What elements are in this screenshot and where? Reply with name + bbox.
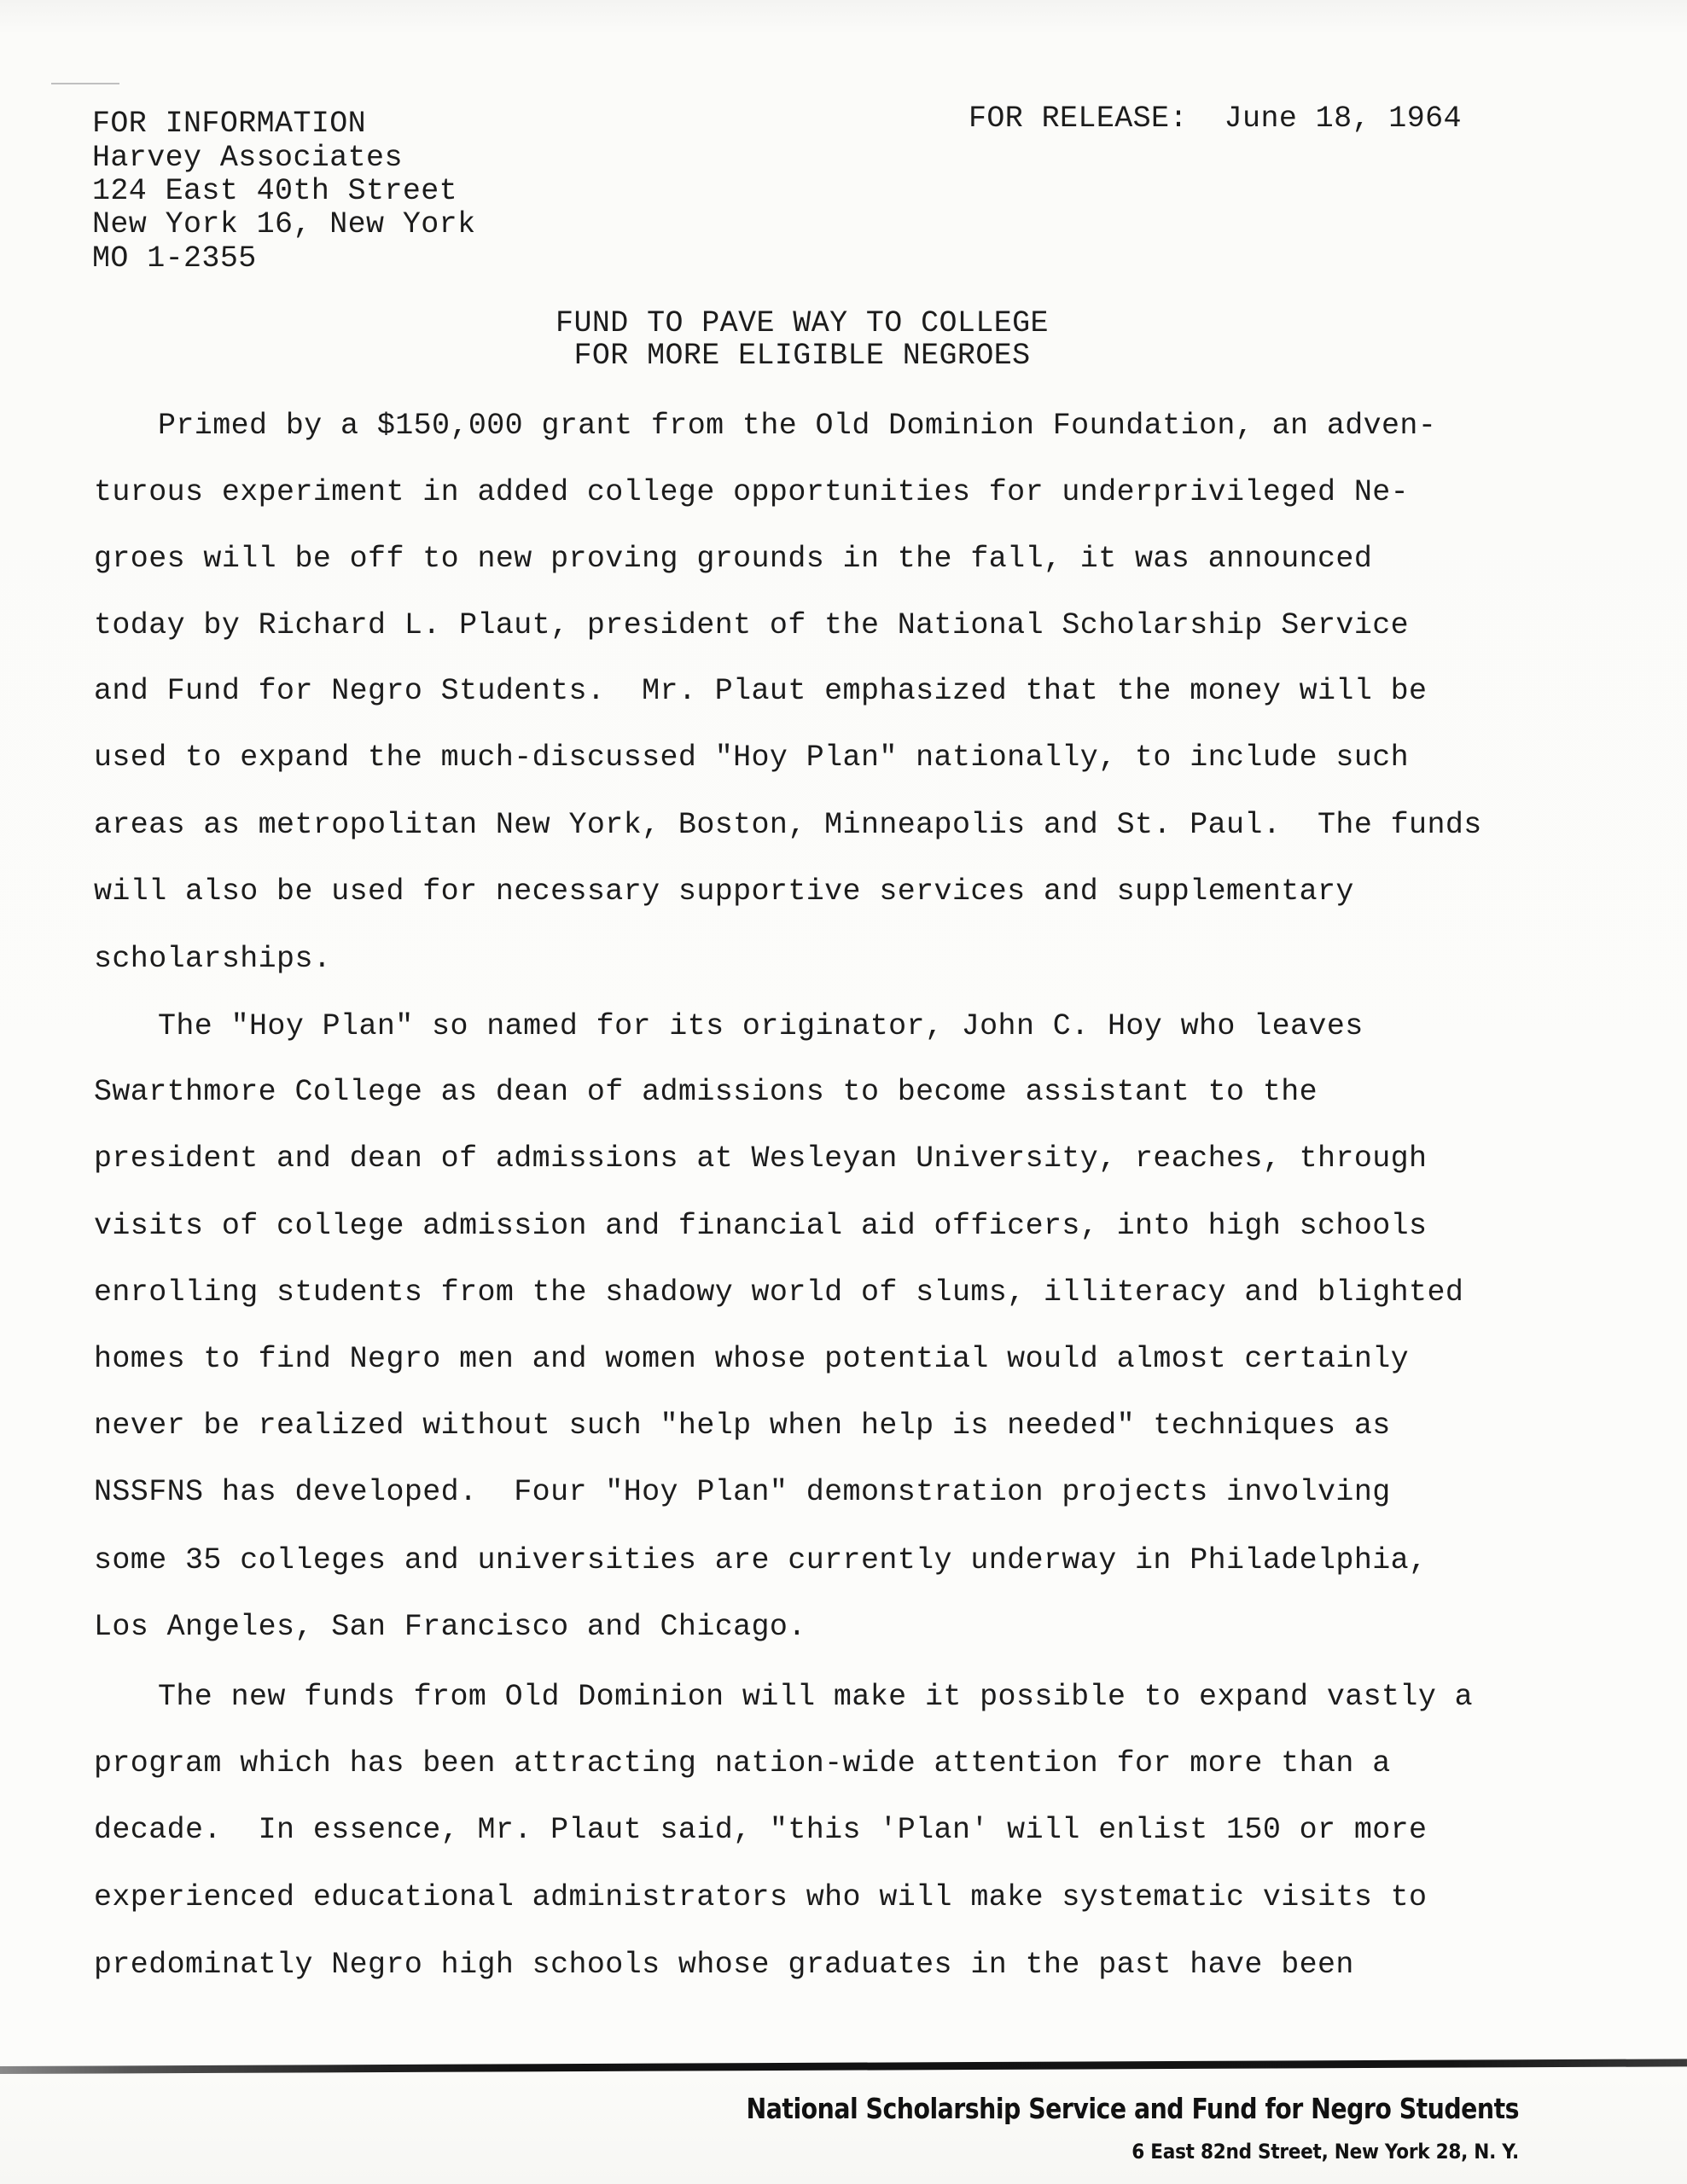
body-line: NSSFNS has developed. Four "Hoy Plan" de…	[94, 1478, 1391, 1507]
headline-line-2: FOR MORE ELIGIBLE NEGROES	[0, 341, 1604, 371]
body-line: homes to find Negro men and women whose …	[94, 1345, 1409, 1374]
body-line: used to expand the much-discussed "Hoy P…	[94, 743, 1409, 773]
body-line: The new funds from Old Dominion will mak…	[158, 1682, 1473, 1712]
body-line: some 35 colleges and universities are cu…	[94, 1546, 1427, 1576]
release-label: FOR RELEASE:	[969, 102, 1188, 136]
contact-line: MO 1-2355	[92, 244, 257, 274]
contact-line: Harvey Associates	[92, 143, 403, 173]
contact-line: New York 16, New York	[92, 210, 475, 240]
contact-line: 124 East 40th Street	[92, 177, 457, 206]
headline-line-1: FUND TO PAVE WAY TO COLLEGE	[0, 309, 1604, 339]
body-line: turous experiment in added college oppor…	[94, 478, 1409, 508]
body-line: areas as metropolitan New York, Boston, …	[94, 810, 1482, 840]
body-line: The "Hoy Plan" so named for its originat…	[158, 1012, 1364, 1042]
document-page: FOR INFORMATION Harvey Associates 124 Ea…	[0, 0, 1687, 2184]
body-line: decade. In essence, Mr. Plaut said, "thi…	[94, 1815, 1427, 1845]
footer-address: 6 East 82nd Street, New York 28, N. Y.	[997, 2140, 1519, 2164]
body-line: Swarthmore College as dean of admissions…	[94, 1077, 1318, 1107]
body-line: enrolling students from the shadowy worl…	[94, 1278, 1463, 1308]
body-line: today by Richard L. Plaut, president of …	[94, 611, 1409, 641]
footer-organization: National Scholarship Service and Fund fo…	[741, 2092, 1519, 2125]
release-date: June 18, 1964	[1225, 102, 1462, 136]
release-info: FOR RELEASE: June 18, 1964	[969, 104, 1462, 134]
pencil-mark	[51, 83, 119, 84]
body-line: never be realized without such "help whe…	[94, 1411, 1391, 1441]
body-line: scholarships.	[94, 944, 331, 974]
body-line: will also be used for necessary supporti…	[94, 877, 1354, 907]
body-line: president and dean of admissions at Wesl…	[94, 1144, 1427, 1174]
body-line: and Fund for Negro Students. Mr. Plaut e…	[94, 677, 1427, 706]
footer-rule	[0, 2059, 1687, 2074]
body-line: visits of college admission and financia…	[94, 1211, 1427, 1241]
contact-label: FOR INFORMATION	[92, 109, 366, 139]
body-line: Los Angeles, San Francisco and Chicago.	[94, 1612, 806, 1642]
body-line: Primed by a $150,000 grant from the Old …	[158, 411, 1436, 441]
body-line: experienced educational administrators w…	[94, 1883, 1427, 1913]
body-line: predominatly Negro high schools whose gr…	[94, 1950, 1354, 1980]
body-line: program which has been attracting nation…	[94, 1749, 1391, 1779]
body-line: groes will be off to new proving grounds…	[94, 544, 1372, 574]
